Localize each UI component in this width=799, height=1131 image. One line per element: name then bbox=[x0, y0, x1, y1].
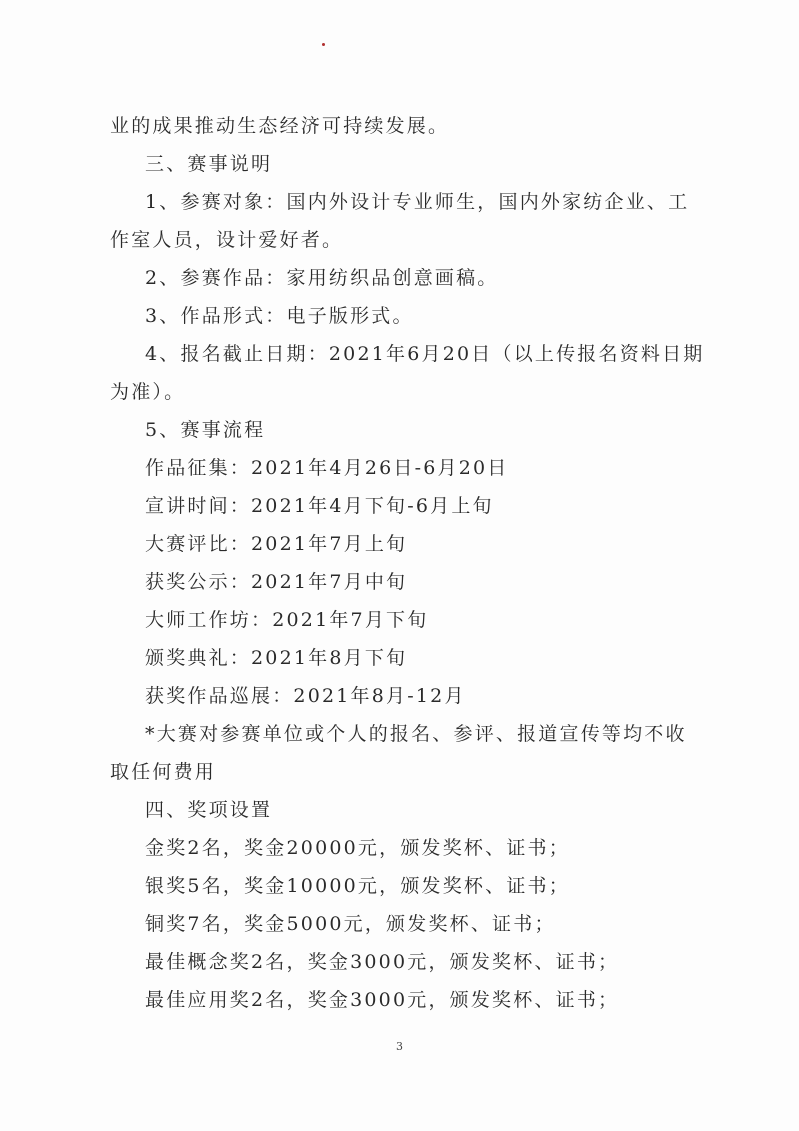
paragraph-line: 3、作品形式：电子版形式。 bbox=[145, 304, 414, 328]
award-item: 最佳概念奖2名，奖金3000元，颁发奖杯、证书； bbox=[145, 950, 619, 974]
schedule-item: 宣讲时间：2021年4月下旬-6月上旬 bbox=[145, 494, 494, 518]
award-item: 最佳应用奖2名，奖金3000元，颁发奖杯、证书； bbox=[145, 988, 619, 1012]
document-page: 业的成果推动生态经济可持续发展。 三、赛事说明 1、参赛对象：国内外设计专业师生… bbox=[0, 0, 799, 1131]
paragraph-line: 2、参赛作品：家用纺织品创意画稿。 bbox=[145, 266, 499, 290]
schedule-item: 大师工作坊：2021年7月下旬 bbox=[145, 608, 428, 632]
award-item: 铜奖7名，奖金5000元，颁发奖杯、证书； bbox=[145, 912, 556, 936]
section-heading-awards: 四、奖项设置 bbox=[145, 798, 272, 822]
paragraph-line: 业的成果推动生态经济可持续发展。 bbox=[110, 114, 449, 138]
scan-speck bbox=[322, 43, 325, 46]
award-item: 银奖5名，奖金10000元，颁发奖杯、证书； bbox=[145, 874, 570, 898]
paragraph-line: 4、报名截止日期：2021年6月20日（以上传报名资料日期 bbox=[145, 342, 705, 366]
schedule-item: 颁奖典礼：2021年8月下旬 bbox=[145, 646, 407, 670]
fee-notice-line: *大赛对参赛单位或个人的报名、参评、报道宣传等均不收 bbox=[145, 722, 687, 746]
schedule-item: 获奖公示：2021年7月中旬 bbox=[145, 570, 407, 594]
paragraph-line: 为准）。 bbox=[110, 380, 185, 404]
page-number: 3 bbox=[396, 1040, 403, 1053]
section-heading-event-description: 三、赛事说明 bbox=[145, 152, 272, 176]
paragraph-line: 1、参赛对象：国内外设计专业师生，国内外家纺企业、工 bbox=[145, 190, 689, 214]
paragraph-line: 作室人员，设计爱好者。 bbox=[110, 228, 343, 252]
schedule-item: 作品征集：2021年4月26日-6月20日 bbox=[145, 456, 509, 480]
subsection-heading-schedule: 5、赛事流程 bbox=[145, 418, 265, 442]
schedule-item: 大赛评比：2021年7月上旬 bbox=[145, 532, 407, 556]
schedule-item: 获奖作品巡展：2021年8月-12月 bbox=[145, 684, 466, 708]
award-item: 金奖2名，奖金20000元，颁发奖杯、证书； bbox=[145, 836, 570, 860]
fee-notice-line: 取任何费用 bbox=[110, 760, 216, 784]
